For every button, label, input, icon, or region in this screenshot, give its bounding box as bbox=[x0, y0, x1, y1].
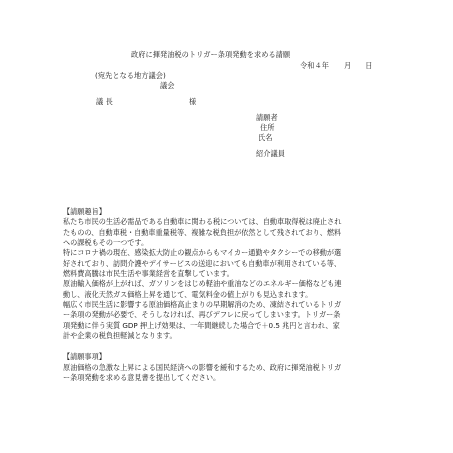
purpose-line: 原油輸入価格が上がれば、ガソリンをはじめ軽油や重油などのエネルギー価格なども連 bbox=[63, 279, 393, 289]
date-day-label: 日 bbox=[365, 61, 372, 70]
purpose-line: 計や企業の税負担軽減となります。 bbox=[63, 331, 393, 341]
petition-body: 【請願趣旨】 私たち市民の生活必需品である自動車に関わる税については、自動車取得… bbox=[63, 207, 393, 384]
date-line: 令和４年月日 bbox=[300, 61, 372, 70]
purpose-line: 幅広く市民生活に影響する原油価格高止まりの早期解消のため、凍結されているトリガ bbox=[63, 300, 393, 310]
date-era-year: 令和４年 bbox=[300, 61, 329, 70]
purpose-line: 動し、液化天然ガス価格上昇を通じて、電気料金の値上がりも見込まれます。 bbox=[63, 290, 393, 300]
purpose-line: 好されており、訪問介護やデイサービスの送迎においても自動車が利用されている等、 bbox=[63, 259, 393, 269]
purpose-line: たものの、自動車税・自動車重量税等、複雑な税負担が依然として残されており、燃料 bbox=[63, 228, 393, 238]
purpose-line: への課税もその一つです。 bbox=[63, 238, 393, 248]
request-line: 原油価格の急激な上昇による国民経済への影響を緩和するため、政府に揮発油税トリガ bbox=[63, 363, 393, 373]
honorific: 様 bbox=[189, 97, 196, 106]
purpose-line: 燃料費高騰は市民生活や事業経営を直撃しています。 bbox=[63, 269, 393, 279]
address-label: 住所 bbox=[260, 123, 274, 132]
council-label: 議会 bbox=[160, 81, 174, 90]
purpose-heading: 【請願趣旨】 bbox=[63, 207, 393, 217]
petitioner-label: 請願者 bbox=[256, 113, 278, 122]
purpose-line: ー条項の発動が必要で、そうしなければ、再びデフレに戻ってしまいます。トリガー条 bbox=[63, 310, 393, 320]
purpose-line: 項発動に伴う実質 GDP 押上げ効果は、一年間継続した場合で＋0.5 兆円と言わ… bbox=[63, 321, 393, 331]
chair-label: 議 長 bbox=[96, 97, 113, 106]
date-month-label: 月 bbox=[344, 61, 351, 70]
petition-title: 政府に揮発油税のトリガー条項発動を求める請願 bbox=[131, 50, 290, 59]
addressee-note: (宛先となる地方議会) bbox=[95, 71, 166, 80]
introducer-label: 紹介議員 bbox=[256, 149, 285, 158]
purpose-line: 特にコロナ禍の現在、感染拡大防止の観点からもマイカー通勤やタクシーでの移動が選 bbox=[63, 248, 393, 258]
request-line: ー条項発動を求める意見書を提出してください。 bbox=[63, 373, 393, 383]
request-heading: 【請願事項】 bbox=[63, 352, 393, 362]
section-spacer bbox=[63, 341, 393, 352]
purpose-line: 私たち市民の生活必需品である自動車に関わる税については、自動車取得税は廃止され bbox=[63, 217, 393, 227]
name-label: 氏名 bbox=[258, 133, 272, 142]
